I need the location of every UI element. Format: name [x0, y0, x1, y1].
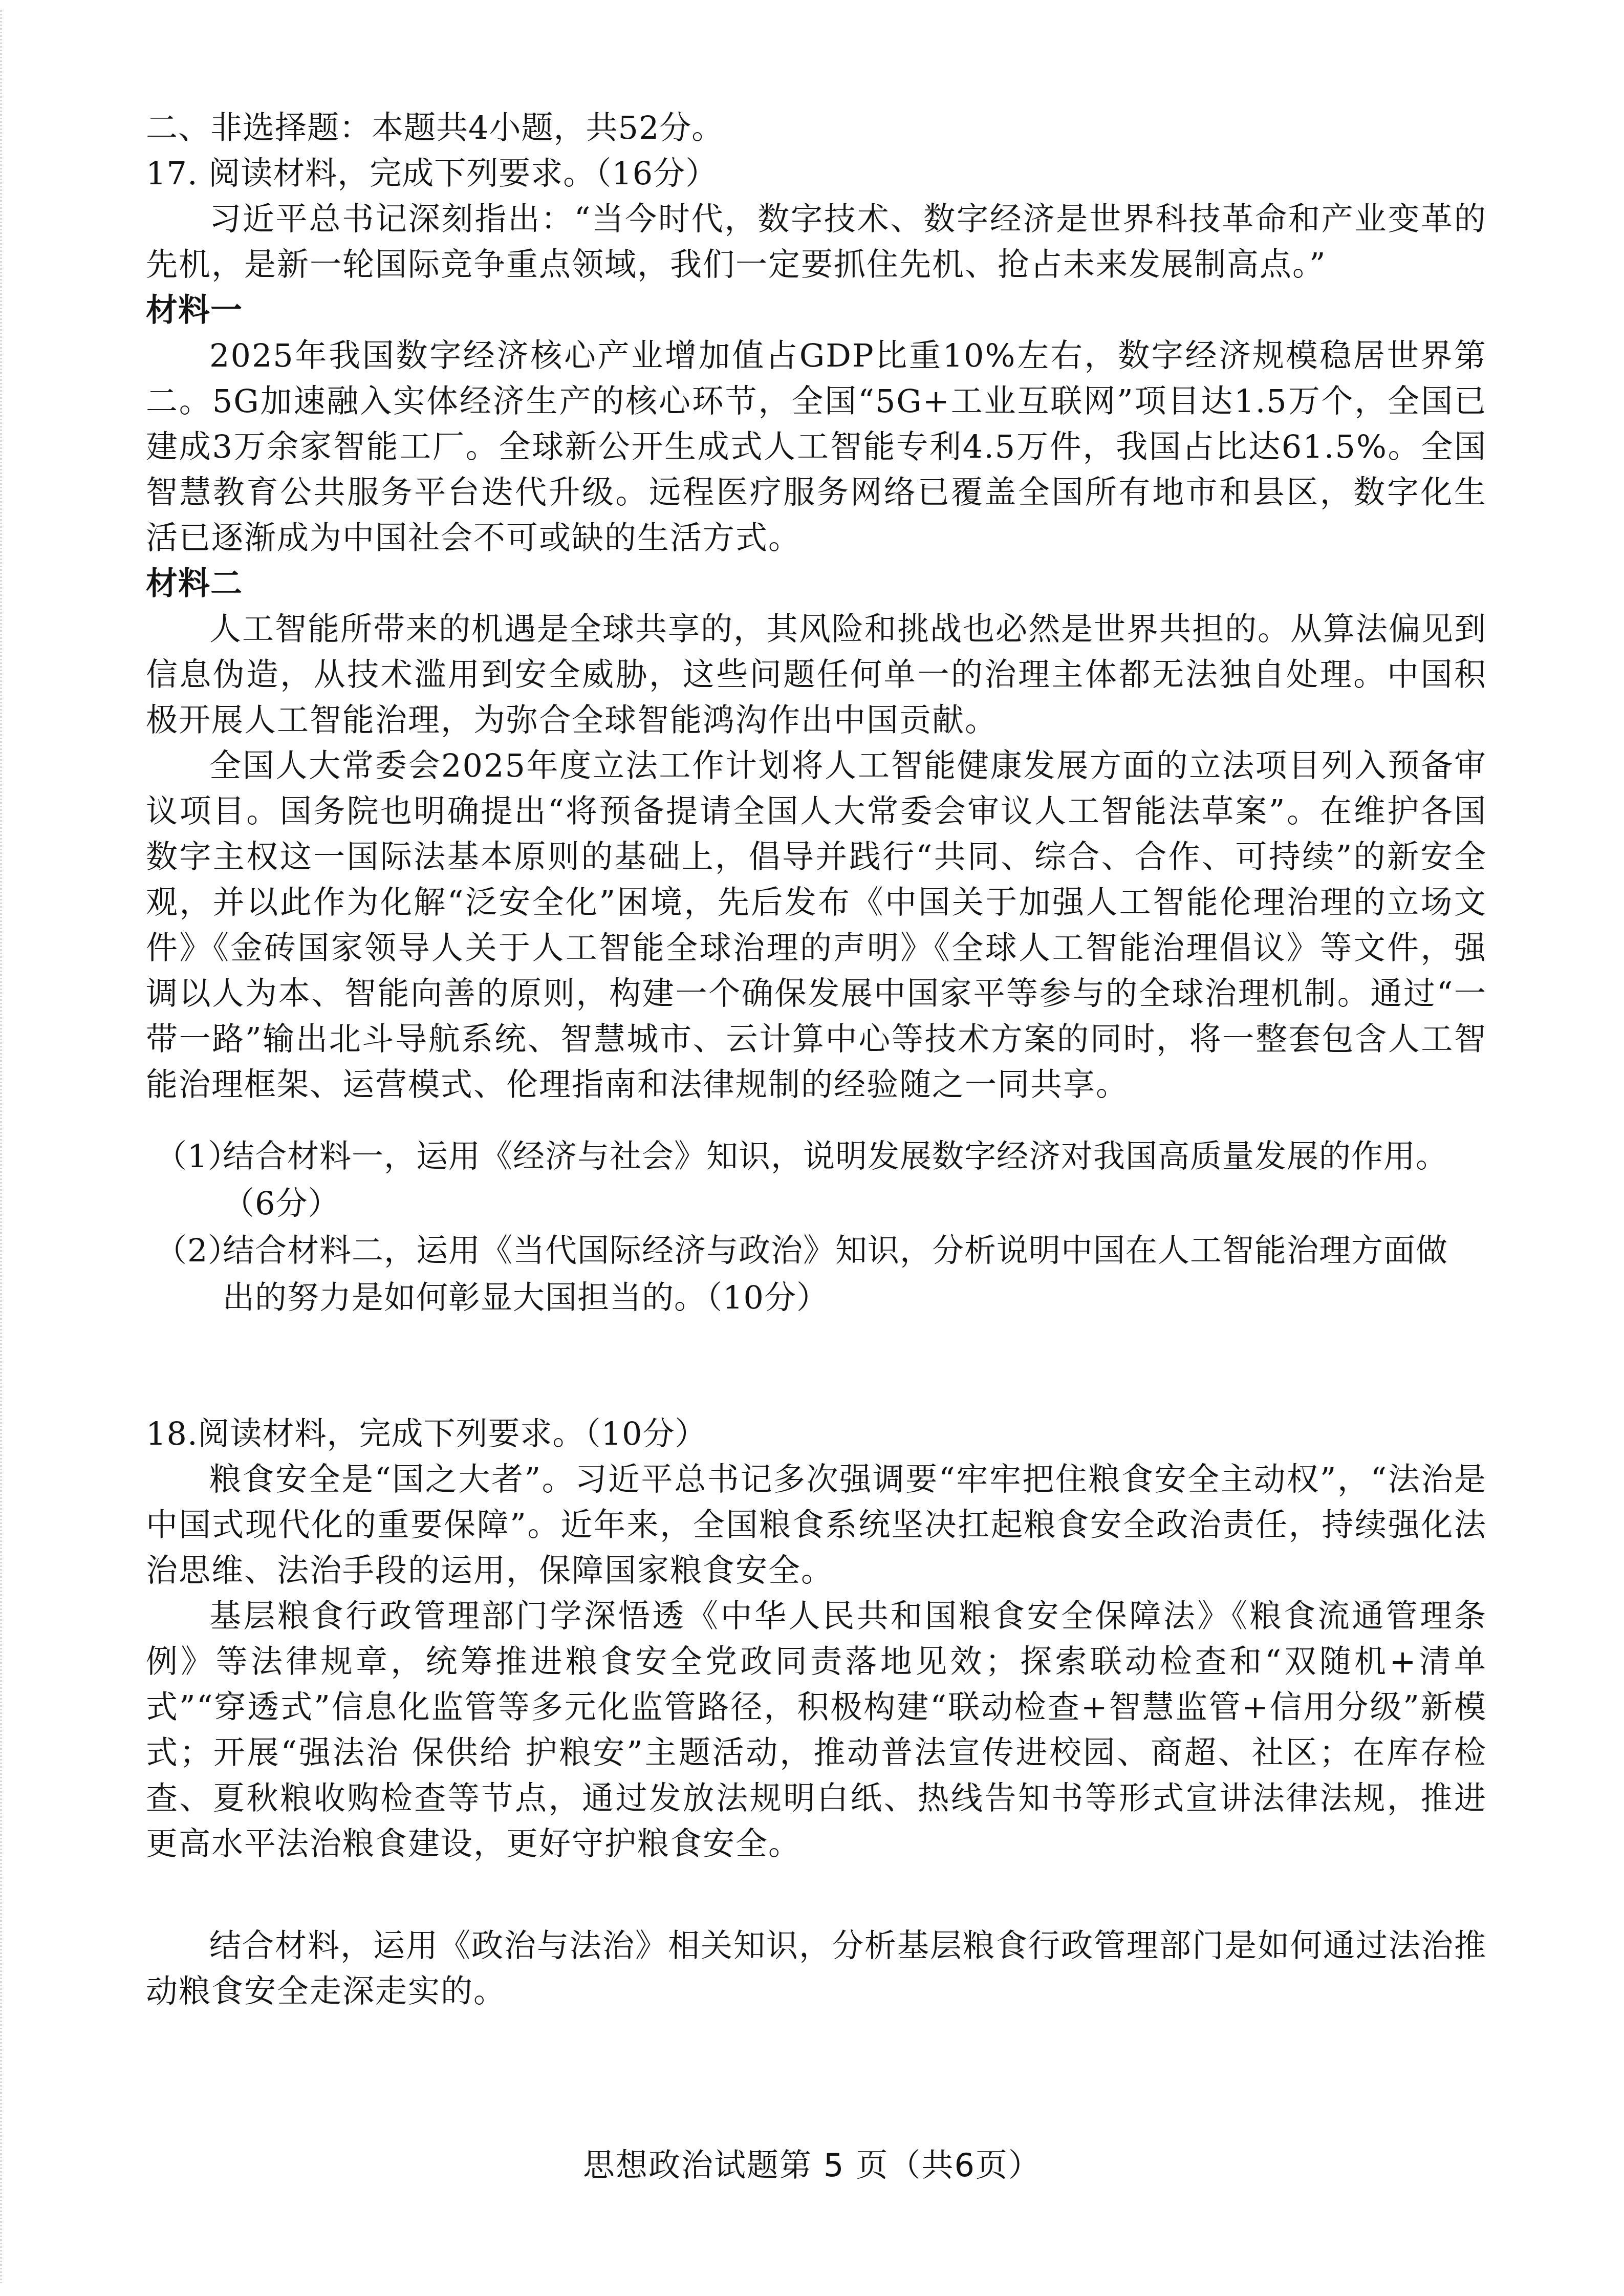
material-2-label: 材料二: [146, 561, 1487, 606]
exam-page: 二、非选择题：本题共4小题，共52分。 17. 阅读材料，完成下列要求。（16分…: [0, 0, 1624, 2296]
scan-edge-artifact: [0, 10, 2, 2283]
material-2-paragraph-2: 全国人大常委会2025年度立法工作计划将人工智能健康发展方面的立法项目列入预备审…: [146, 743, 1487, 1107]
subquestion-number: （2）: [155, 1227, 240, 1274]
subquestion-1-line-1: 结合材料一，运用《经济与社会》知识，说明发展数字经济对我国高质量发展的作用。: [223, 1133, 1487, 1180]
question-18-task: 结合材料，运用《政治与法治》相关知识，分析基层粮食行政管理部门是如何通过法治推动…: [146, 1923, 1487, 2014]
footer-total-pages: 6: [955, 2147, 976, 2184]
question-18-paragraph-2: 基层粮食行政管理部门学深悟透《中华人民共和国粮食安全保障法》《粮食流通管理条例》…: [146, 1593, 1487, 1866]
question-17-subquestions: （1） 结合材料一，运用《经济与社会》知识，说明发展数字经济对我国高质量发展的作…: [146, 1133, 1487, 1321]
section-title: 二、非选择题：本题共4小题，共52分。: [146, 105, 1487, 151]
subquestion-number: （1）: [155, 1133, 240, 1180]
page-footer: 思想政治试题第5页（共6页）: [0, 2145, 1624, 2186]
question-18-paragraph-1: 粮食安全是“国之大者”。习近平总书记多次强调要“牢牢把住粮食安全主动权”，“法治…: [146, 1456, 1487, 1593]
material-1-label: 材料一: [146, 287, 1487, 333]
subquestion-2-line-1: 结合材料二，运用《当代国际经济与政治》知识，分析说明中国在人工智能治理方面做: [223, 1227, 1487, 1274]
question-17-header: 17. 阅读材料，完成下列要求。（16分）: [146, 151, 1487, 196]
footer-prefix: 思想政治试题第: [583, 2147, 812, 2184]
subquestion-1-line-2: （6分）: [223, 1180, 1487, 1227]
question-18-header: 18.阅读材料，完成下列要求。（10分）: [146, 1411, 1487, 1456]
footer-suffix: 页）: [976, 2147, 1041, 2184]
footer-page-number: 5: [824, 2147, 845, 2184]
page-content: 二、非选择题：本题共4小题，共52分。 17. 阅读材料，完成下列要求。（16分…: [146, 105, 1487, 2014]
subquestion-2-line-2: 出的努力是如何彰显大国担当的。（10分）: [223, 1274, 1487, 1321]
material-2-paragraph-1: 人工智能所带来的机遇是全球共享的，其风险和挑战也必然是世界共担的。从算法偏见到信…: [146, 606, 1487, 743]
subquestion-2: （2） 结合材料二，运用《当代国际经济与政治》知识，分析说明中国在人工智能治理方…: [146, 1227, 1487, 1321]
subquestion-1: （1） 结合材料一，运用《经济与社会》知识，说明发展数字经济对我国高质量发展的作…: [146, 1133, 1487, 1227]
question-17-intro: 习近平总书记深刻指出：“当今时代，数字技术、数字经济是世界科技革命和产业变革的先…: [146, 196, 1487, 287]
footer-mid: 页（共: [856, 2147, 954, 2184]
material-1-text: 2025年我国数字经济核心产业增加值占GDP比重10%左右，数字经济规模稳居世界…: [146, 333, 1487, 561]
